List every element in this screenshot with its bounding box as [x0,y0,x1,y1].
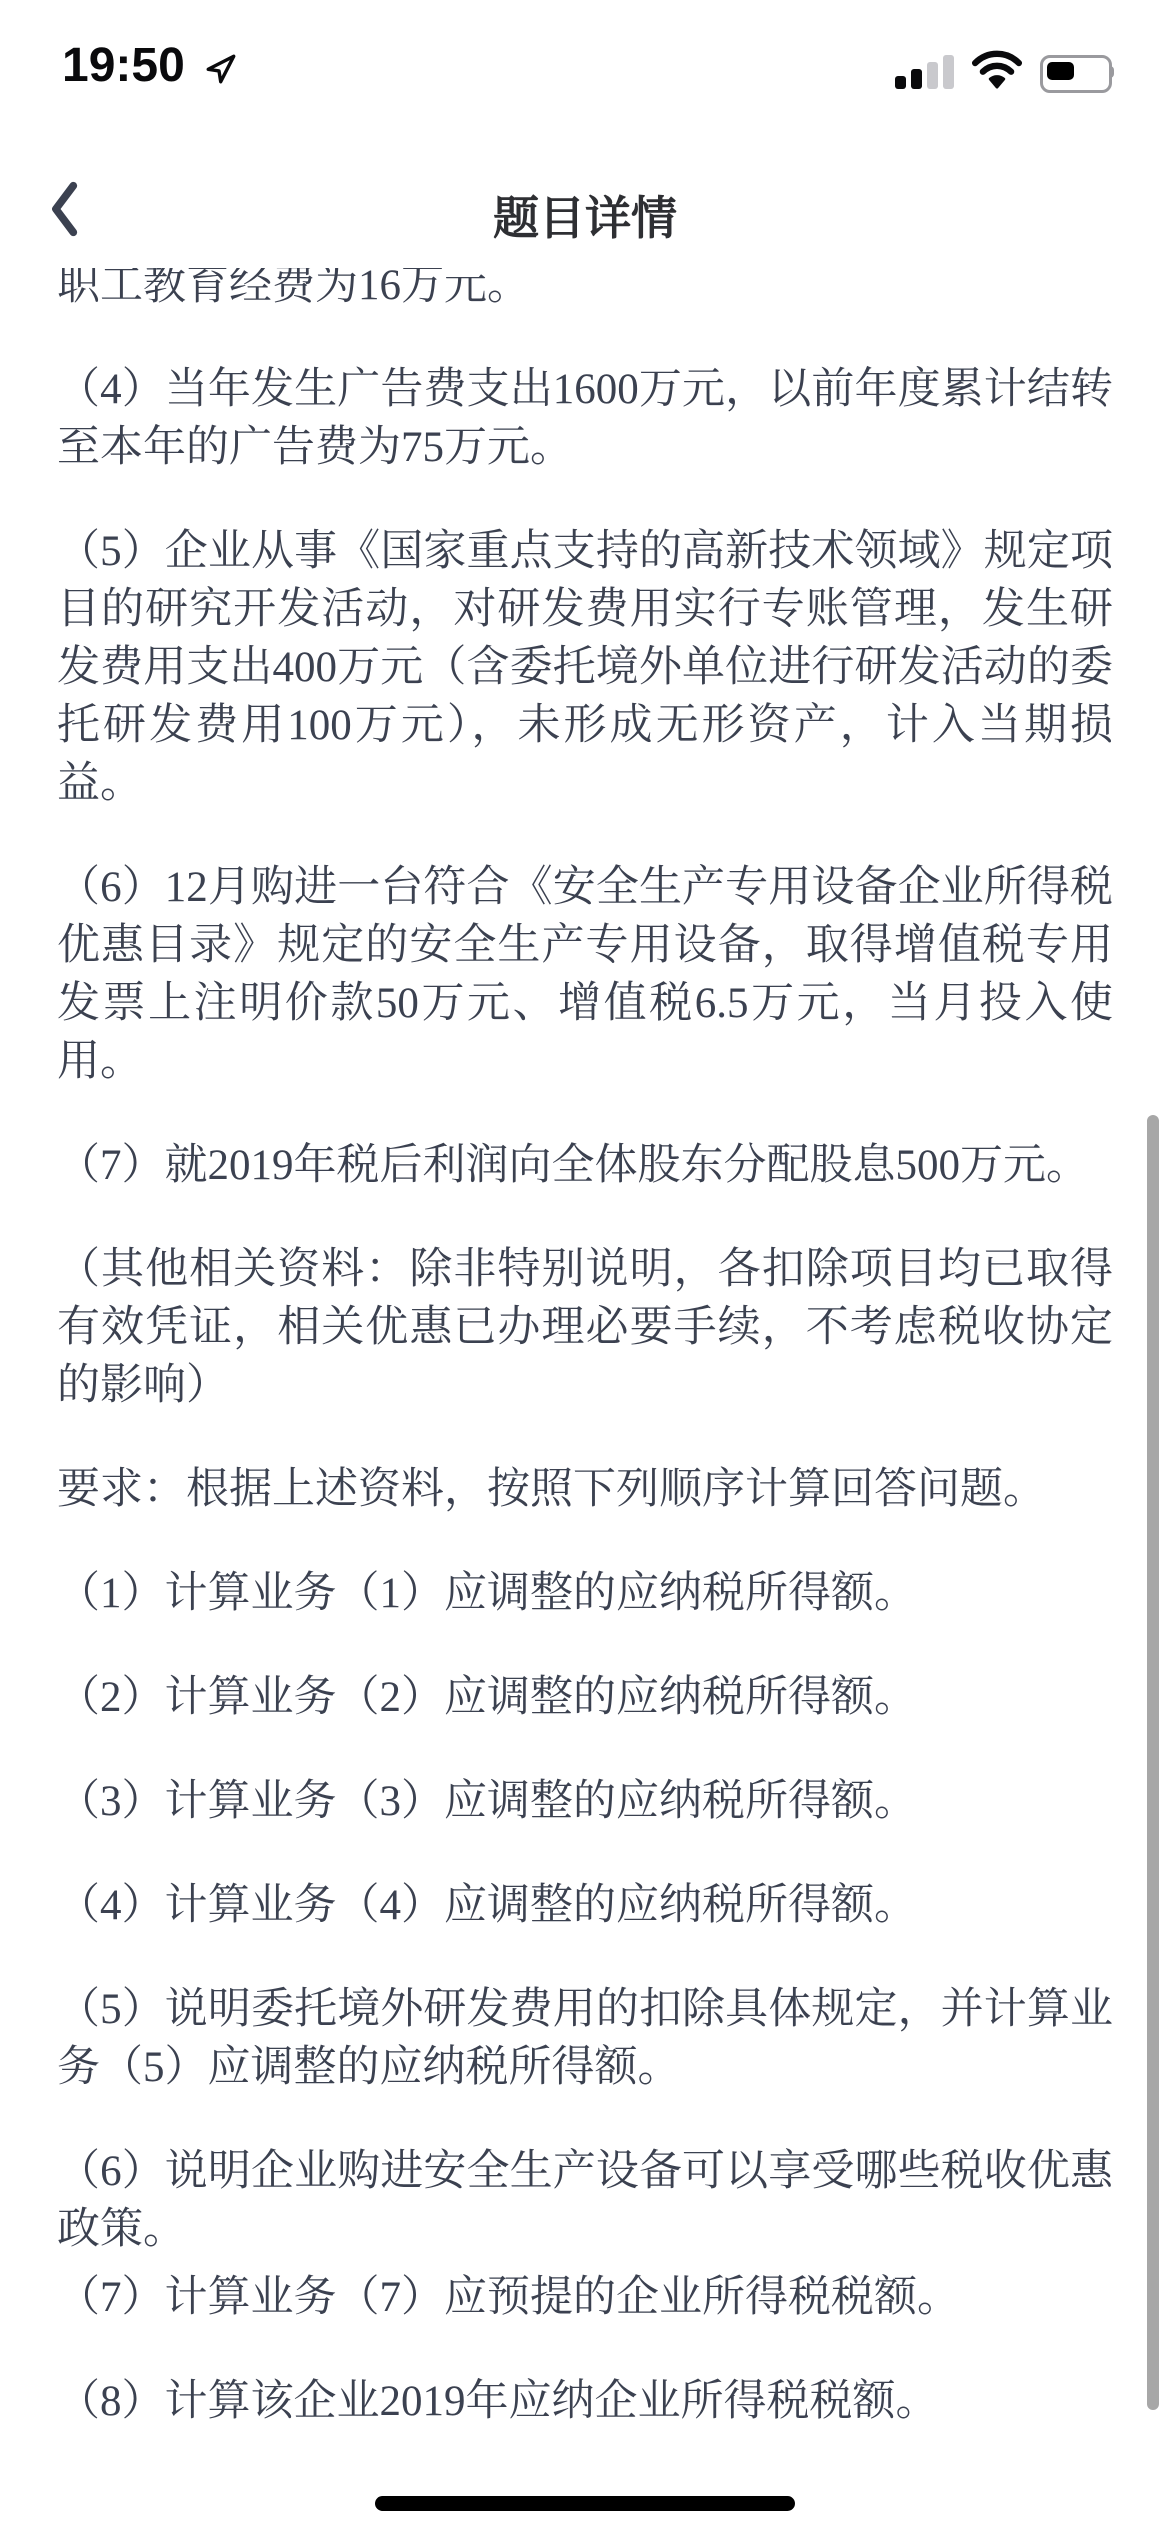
home-indicator[interactable] [375,2496,795,2511]
paragraph: （6）12月购进一台符合《安全生产专用设备企业所得税优惠目录》规定的安全生产专用… [57,859,1113,1091]
signal-bar [943,55,954,89]
paragraph: （4）当年发生广告费支出1600万元，以前年度累计结转至本年的广告费为75万元。 [57,361,1113,477]
battery-fill [1047,62,1074,80]
paragraph: （1）计算业务（1）应调整的应纳税所得额。 [57,1565,1113,1623]
paragraph: （7）就2019年税后利润向全体股东分配股息500万元。 [57,1137,1113,1195]
battery-nub [1109,66,1114,78]
paragraph: 要求：根据上述资料，按照下列顺序计算回答问题。 [57,1461,1113,1519]
question-content[interactable]: 职工教育经费为16万元。 （4）当年发生广告费支出1600万元，以前年度累计结转… [0,268,1170,2532]
location-arrow-icon [204,52,238,91]
paragraph: （其他相关资料：除非特别说明，各扣除项目均已取得有效凭证，相关优惠已办理必要手续… [57,1241,1113,1415]
status-bar: 19:50 [0,0,1170,132]
status-time: 19:50 [62,38,185,93]
page-title: 题目详情 [0,182,1170,248]
signal-bar [911,69,922,89]
paragraph: （5）企业从事《国家重点支持的高新技术领域》规定项目的研究开发活动，对研发费用实… [57,523,1113,813]
wifi-icon [971,50,1023,95]
paragraph: （4）计算业务（4）应调整的应纳税所得额。 [57,1877,1113,1935]
battery-icon [1040,55,1120,89]
paragraph: （6）说明企业购进安全生产设备可以享受哪些税收优惠政策。 [57,2143,1113,2259]
scrollbar-thumb[interactable] [1147,1115,1159,2410]
status-icons [895,50,1120,94]
nav-bar: 题目详情 [0,168,1170,252]
paragraph: （8）计算该企业2019年应纳企业所得税税额。 [57,2373,1113,2431]
cellular-signal-icon [895,55,954,89]
signal-bar [895,76,906,89]
paragraph: （7）计算业务（7）应预提的企业所得税税额。 [57,2269,1113,2327]
paragraph: 职工教育经费为16万元。 [57,268,1113,315]
paragraph: （5）说明委托境外研发费用的扣除具体规定，并计算业务（5）应调整的应纳税所得额。 [57,1981,1113,2097]
paragraph: （3）计算业务（3）应调整的应纳税所得额。 [57,1773,1113,1831]
signal-bar [927,62,938,89]
paragraph: （2）计算业务（2）应调整的应纳税所得额。 [57,1669,1113,1727]
app-screen: 19:50 [0,0,1170,2532]
